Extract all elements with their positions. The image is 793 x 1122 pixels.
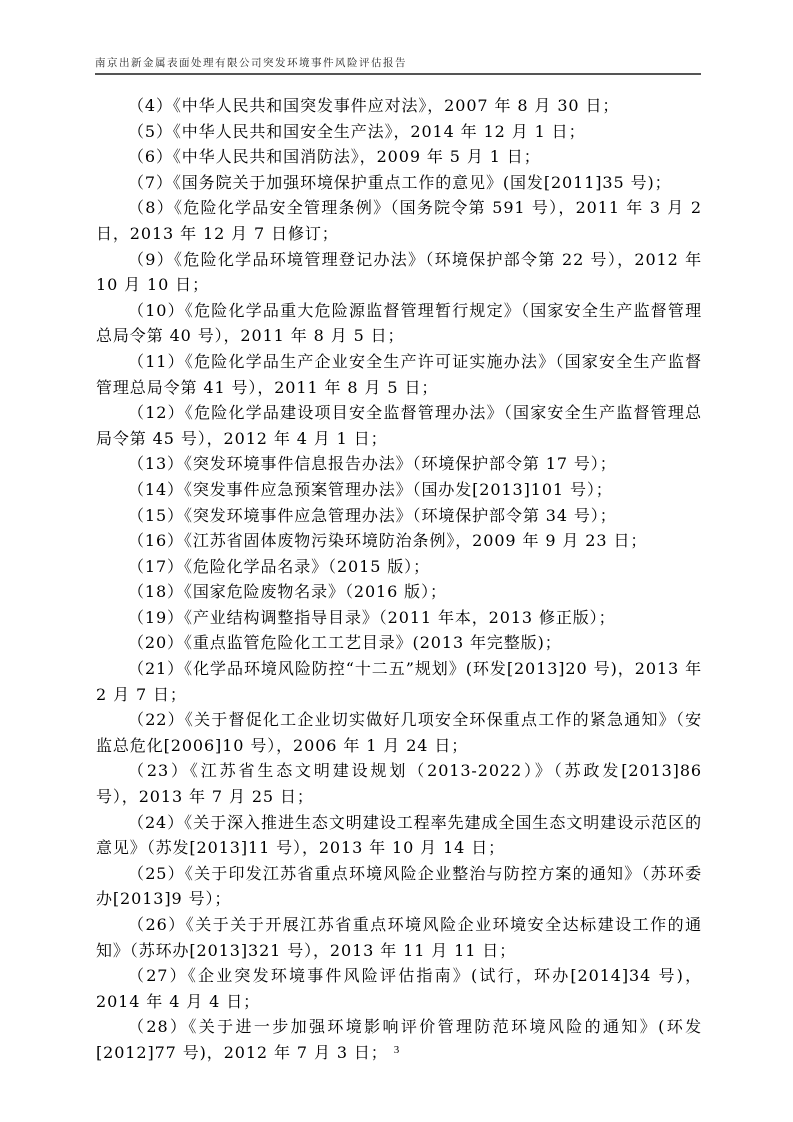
list-item: （28）《关于进一步加强环境影响评价管理防范环境风险的通知》(环发[2012]7… xyxy=(96,1014,702,1065)
list-item: （13）《突发环境事件信息报告办法》（环境保护部令第 17 号）； xyxy=(96,451,702,477)
list-item: （14）《突发事件应急预案管理办法》（国办发[2013]101 号）； xyxy=(96,477,702,503)
list-item: （9）《危险化学品环境管理登记办法》（环境保护部令第 22 号），2012 年 … xyxy=(96,247,702,298)
list-item: （10）《危险化学品重大危险源监督管理暂行规定》（国家安全生产监督管理总局令第 … xyxy=(96,298,702,349)
list-item: （25）《关于印发江苏省重点环境风险企业整治与防控方案的通知》（苏环委办[201… xyxy=(96,861,702,912)
page-number: 3 xyxy=(0,1044,793,1056)
list-item: （4）《中华人民共和国突发事件应对法》，2007 年 8 月 30 日； xyxy=(96,93,702,119)
list-item: （24）《关于深入推进生态文明建设工程率先建成全国生态文明建设示范区的意见》（苏… xyxy=(96,810,702,861)
list-item: （7）《国务院关于加强环境保护重点工作的意见》(国发[2011]35 号)； xyxy=(96,170,702,196)
list-item: （17）《危险化学品名录》（2015 版）； xyxy=(96,554,702,580)
header-title: 南京出新金属表面处理有限公司突发环境事件风险评估报告 xyxy=(95,57,407,69)
list-item: （18）《国家危险废物名录》（2016 版）； xyxy=(96,579,702,605)
list-item: （27）《企业突发环境事件风险评估指南》(试行，环办[2014]34 号)，20… xyxy=(96,963,702,1014)
list-item: （8）《危险化学品安全管理条例》（国务院令第 591 号），2011 年 3 月… xyxy=(96,195,702,246)
list-item: （12）《危险化学品建设项目安全监督管理办法》（国家安全生产监督管理总局令第 4… xyxy=(96,400,702,451)
list-item: （20）《重点监管危险化工工艺目录》(2013 年完整版)； xyxy=(96,630,702,656)
list-item: （26）《关于关于开展江苏省重点环境风险企业环境安全达标建设工作的通知》（苏环办… xyxy=(96,912,702,963)
list-item: （21）《化学品环境风险防控“十二五”规划》(环发[2013]20 号)，201… xyxy=(96,656,702,707)
list-item: （22）《关于督促化工企业切实做好几项安全环保重点工作的紧急通知》（安监总危化[… xyxy=(96,707,702,758)
running-header: 南京出新金属表面处理有限公司突发环境事件风险评估报告 xyxy=(95,55,701,75)
document-body: （4）《中华人民共和国突发事件应对法》，2007 年 8 月 30 日； （5）… xyxy=(96,93,702,1066)
list-item: （6）《中华人民共和国消防法》，2009 年 5 月 1 日； xyxy=(96,144,702,170)
list-item: （19）《产业结构调整指导目录》（2011 年本，2013 修正版）； xyxy=(96,605,702,631)
list-item: （15）《突发环境事件应急管理办法》（环境保护部令第 34 号）； xyxy=(96,503,702,529)
list-item: （11）《危险化学品生产企业安全生产许可证实施办法》（国家安全生产监督管理总局令… xyxy=(96,349,702,400)
list-item: （5）《中华人民共和国安全生产法》，2014 年 12 月 1 日； xyxy=(96,119,702,145)
list-item: （16）《江苏省固体废物污染环境防治条例》，2009 年 9 月 23 日； xyxy=(96,528,702,554)
list-item: （23）《江苏省生态文明建设规划（2013-2022）》（苏政发[2013]86… xyxy=(96,758,702,809)
